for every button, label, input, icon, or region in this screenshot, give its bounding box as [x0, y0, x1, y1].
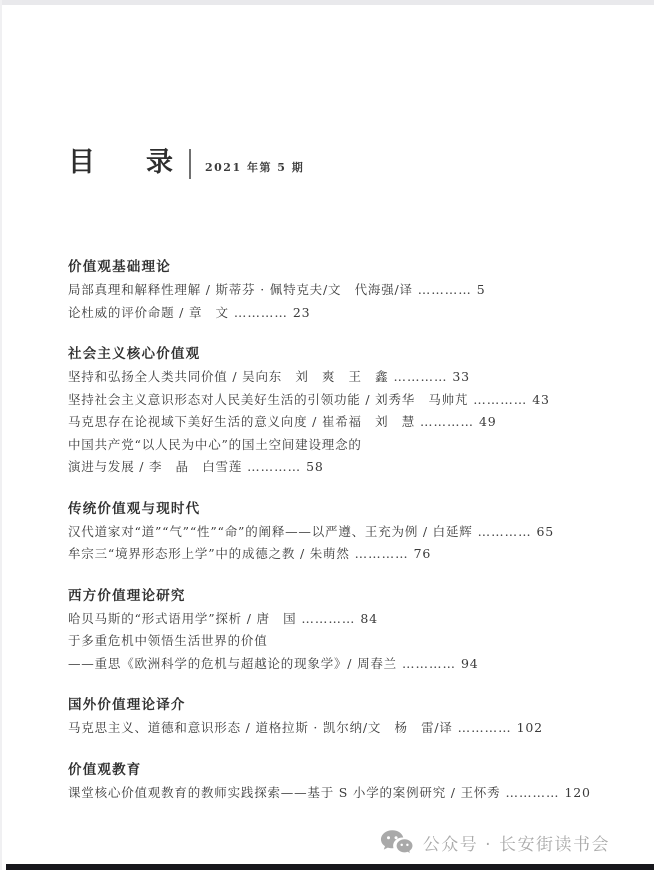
dot-leader: ………… — [500, 785, 564, 800]
toc-section: 价值观基础理论局部真理和解释性理解 / 斯蒂芬 · 佩特克夫/文 代海强/译 …… — [68, 256, 618, 324]
entry-text: 中国共产党“以人民为中心”的国土空间建设理念的 — [68, 437, 362, 452]
dot-leader: ………… — [413, 282, 477, 297]
toc-entry: 哈贝马斯的“形式语用学”探析 / 唐 国 ………… 84 — [68, 608, 618, 631]
entry-page-number: 33 — [452, 369, 470, 384]
toc-section: 西方价值理论研究哈贝马斯的“形式语用学”探析 / 唐 国 ………… 84于多重危… — [68, 585, 618, 676]
dot-leader: ………… — [468, 392, 532, 407]
entry-page-number: 65 — [537, 524, 555, 539]
entry-page-number: 58 — [306, 459, 324, 474]
toc-entry: 马克思主义、道德和意识形态 / 道格拉斯 · 凯尔纳/文 杨 雷/译 ………… … — [68, 717, 618, 740]
toc-section: 国外价值理论译介马克思主义、道德和意识形态 / 道格拉斯 · 凯尔纳/文 杨 雷… — [68, 694, 618, 740]
section-heading: 西方价值理论研究 — [68, 585, 618, 608]
section-heading: 国外价值理论译介 — [68, 694, 618, 717]
section-heading: 社会主义核心价值观 — [68, 343, 618, 366]
entry-text: 坚持社会主义意识形态对人民美好生活的引领功能 / 刘秀华 马帅芃 — [68, 392, 468, 407]
entry-page-number: 120 — [564, 785, 590, 800]
toc-section: 社会主义核心价值观坚持和弘扬全人类共同价值 / 吴向东 刘 爽 王 鑫 …………… — [68, 343, 618, 479]
entry-text: 牟宗三“境界形态形上学”中的成德之教 / 朱萌然 — [68, 546, 350, 561]
dot-leader: ………… — [229, 305, 293, 320]
dot-leader: ………… — [242, 459, 306, 474]
entry-text: 坚持和弘扬全人类共同价值 / 吴向东 刘 爽 王 鑫 — [68, 369, 388, 384]
entry-text: 课堂核心价值观教育的教师实践探索——基于 S 小学的案例研究 / 王怀秀 — [68, 785, 500, 800]
dot-leader: ………… — [350, 546, 414, 561]
toc-entry: 坚持和弘扬全人类共同价值 / 吴向东 刘 爽 王 鑫 ………… 33 — [68, 366, 618, 389]
section-heading: 价值观教育 — [68, 759, 618, 782]
entry-page-number: 94 — [461, 656, 479, 671]
entry-text: 马克思主义、道德和意识形态 / 道格拉斯 · 凯尔纳/文 杨 雷/译 — [68, 720, 453, 735]
toc-page: 目 录 2021 年第 5 期 价值观基础理论局部真理和解释性理解 / 斯蒂芬 … — [0, 0, 654, 870]
page-title: 目 录 — [68, 144, 185, 182]
entry-page-number: 49 — [479, 414, 497, 429]
entry-text: 论杜威的评价命题 / 章 文 — [68, 305, 229, 320]
entry-page-number: 102 — [517, 720, 543, 735]
entry-text: 局部真理和解释性理解 / 斯蒂芬 · 佩特克夫/文 代海强/译 — [68, 282, 413, 297]
section-heading: 价值观基础理论 — [68, 256, 618, 279]
toc-section: 传统价值观与现时代汉代道家对“道”“气”“性”“命”的阐释——以严遵、王充为例 … — [68, 498, 618, 566]
toc-entry: 论杜威的评价命题 / 章 文 ………… 23 — [68, 302, 618, 325]
toc-entry: 汉代道家对“道”“气”“性”“命”的阐释——以严遵、王充为例 / 白延辉 ………… — [68, 521, 618, 544]
toc-entry: 中国共产党“以人民为中心”的国土空间建设理念的 — [68, 434, 618, 457]
wechat-icon — [380, 828, 414, 857]
toc-entry: 演进与发展 / 李 晶 白雪莲 ………… 58 — [68, 456, 618, 479]
entry-page-number: 76 — [414, 546, 432, 561]
entry-text: 哈贝马斯的“形式语用学”探析 / 唐 国 — [68, 611, 296, 626]
toc-entry: 于多重危机中领悟生活世界的价值 — [68, 630, 618, 653]
entry-page-number: 43 — [532, 392, 550, 407]
toc-entry: 马克思存在论视域下美好生活的意义向度 / 崔希福 刘 慧 ………… 49 — [68, 411, 618, 434]
dot-leader: ………… — [453, 720, 517, 735]
toc-entry: 局部真理和解释性理解 / 斯蒂芬 · 佩特克夫/文 代海强/译 ………… 5 — [68, 279, 618, 302]
toc-header: 目 录 2021 年第 5 期 — [68, 144, 304, 182]
dot-leader: ………… — [388, 369, 452, 384]
dot-leader: ………… — [415, 414, 479, 429]
entry-page-number: 5 — [477, 282, 486, 297]
dot-leader: ………… — [397, 656, 461, 671]
entry-page-number: 23 — [293, 305, 311, 320]
watermark: 公众号 · 长安街读书会 — [380, 828, 610, 857]
toc-entry: ——重思《欧洲科学的危机与超越论的现象学》/ 周春兰 ………… 94 — [68, 653, 618, 676]
scan-edge-top — [0, 0, 654, 5]
scan-edge-left — [0, 0, 2, 870]
issue-label: 2021 年第 5 期 — [205, 151, 304, 175]
entry-text: 演进与发展 / 李 晶 白雪莲 — [68, 459, 242, 474]
toc-entry: 坚持社会主义意识形态对人民美好生活的引领功能 / 刘秀华 马帅芃 ………… 43 — [68, 389, 618, 412]
watermark-text: 公众号 · 长安街读书会 — [423, 830, 610, 855]
toc-entry: 牟宗三“境界形态形上学”中的成德之教 / 朱萌然 ………… 76 — [68, 543, 618, 566]
toc-section: 价值观教育课堂核心价值观教育的教师实践探索——基于 S 小学的案例研究 / 王怀… — [68, 759, 618, 805]
toc-entry: 课堂核心价值观教育的教师实践探索——基于 S 小学的案例研究 / 王怀秀 ………… — [68, 782, 618, 805]
entry-text: 于多重危机中领悟生活世界的价值 — [68, 633, 268, 648]
title-divider — [189, 149, 191, 179]
entry-text: 汉代道家对“道”“气”“性”“命”的阐释——以严遵、王充为例 / 白延辉 — [68, 524, 473, 539]
entry-text: ——重思《欧洲科学的危机与超越论的现象学》/ 周春兰 — [68, 656, 397, 671]
entry-text: 马克思存在论视域下美好生活的意义向度 / 崔希福 刘 慧 — [68, 414, 415, 429]
section-heading: 传统价值观与现时代 — [68, 498, 618, 521]
dot-leader: ………… — [296, 611, 360, 626]
entry-page-number: 84 — [360, 611, 378, 626]
dot-leader: ………… — [473, 524, 537, 539]
scan-edge-bottom — [6, 864, 654, 870]
toc-sections: 价值观基础理论局部真理和解释性理解 / 斯蒂芬 · 佩特克夫/文 代海强/译 …… — [68, 256, 618, 823]
